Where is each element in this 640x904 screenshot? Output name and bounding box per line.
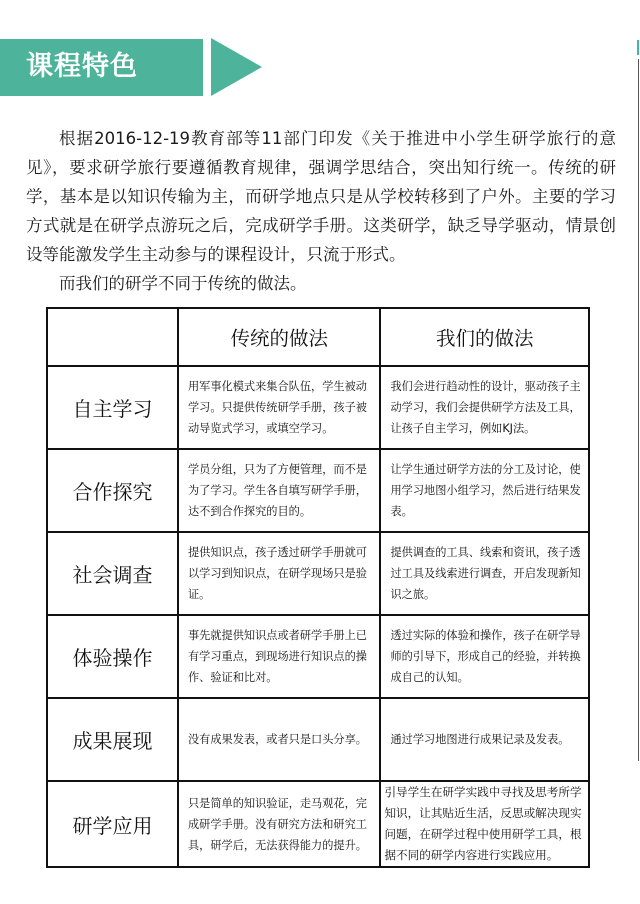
row-label: 社会调查: [47, 532, 178, 615]
traditional-cell: 只是简单的知识验证，走马观花，完成研学手册。没有研究方法和研究工具，研学后，无法…: [178, 781, 380, 867]
ours-cell: 让学生通过研学方法的分工及讨论，使用学习地图小组学习，然后进行结果发表。: [380, 449, 589, 532]
traditional-cell: 用军事化模式来集合队伍，学生被动学习。只提供传统研学手册，孩子被动导览式学习，或…: [178, 366, 380, 449]
traditional-cell: 没有成果发表，或者只是口头分享。: [178, 698, 380, 781]
row-label: 成果展现: [47, 698, 178, 781]
traditional-cell: 事先就提供知识点或者研学手册上已有学习重点，到现场进行知识点的操作、验证和比对。: [178, 615, 380, 698]
row-label: 合作探究: [47, 449, 178, 532]
section-title: 课程特色: [26, 50, 138, 84]
row-label: 自主学习: [47, 366, 178, 449]
traditional-cell: 学员分组，只为了方便管理，而不是为了学习。学生各自填写研学手册，达不到合作探究的…: [178, 449, 380, 532]
ours-cell: 透过实际的体验和操作，孩子在研学导师的引导下，形成自己的经验，并转换成自己的认知…: [380, 615, 589, 698]
page-edge-divider: [638, 59, 639, 761]
table-row: 自主学习 用军事化模式来集合队伍，学生被动学习。只提供传统研学手册，孩子被动导览…: [47, 366, 589, 449]
ours-cell: 通过学习地图进行成果记录及发表。: [380, 698, 589, 781]
page-edge-accent: [637, 40, 639, 55]
table-header-row: 传统的做法 我们的做法: [47, 308, 589, 366]
table-row: 合作探究 学员分组，只为了方便管理，而不是为了学习。学生各自填写研学手册，达不到…: [47, 449, 589, 532]
row-label: 体验操作: [47, 615, 178, 698]
header-traditional: 传统的做法: [178, 308, 380, 366]
row-label: 研学应用: [47, 781, 178, 867]
ours-cell: 引导学生在研学实践中寻找及思考所学知识，让其贴近生活，反思或解决现实问题，在研学…: [380, 781, 589, 867]
header-empty: [47, 308, 178, 366]
table-row: 体验操作 事先就提供知识点或者研学手册上已有学习重点，到现场进行知识点的操作、验…: [47, 615, 589, 698]
comparison-table: 传统的做法 我们的做法 自主学习 用军事化模式来集合队伍，学生被动学习。只提供传…: [46, 307, 590, 868]
ours-cell: 我们会进行趋动性的设计，驱动孩子主动学习，我们会提供研学方法及工具，让孩子自主学…: [380, 366, 589, 449]
intro-text: 根据2016-12-19教育部等11部门印发《关于推进中小学生研学旅行的意见》，…: [26, 124, 616, 298]
arrow-right-icon: [211, 38, 262, 96]
intro-paragraph: 而我们的研学不同于传统的做法。: [26, 269, 616, 298]
table-row: 成果展现 没有成果发表，或者只是口头分享。 通过学习地图进行成果记录及发表。: [47, 698, 589, 781]
table-row: 研学应用 只是简单的知识验证，走马观花，完成研学手册。没有研究方法和研究工具，研…: [47, 781, 589, 867]
table-row: 社会调查 提供知识点，孩子透过研学手册就可以学习到知识点，在研学现场只是验证。 …: [47, 532, 589, 615]
ours-cell: 提供调查的工具、线索和资讯，孩子透过工具及线索进行调查，开启发现新知识之旅。: [380, 532, 589, 615]
traditional-cell: 提供知识点，孩子透过研学手册就可以学习到知识点，在研学现场只是验证。: [178, 532, 380, 615]
header-ours: 我们的做法: [380, 308, 589, 366]
intro-paragraph: 根据2016-12-19教育部等11部门印发《关于推进中小学生研学旅行的意见》，…: [26, 124, 616, 269]
